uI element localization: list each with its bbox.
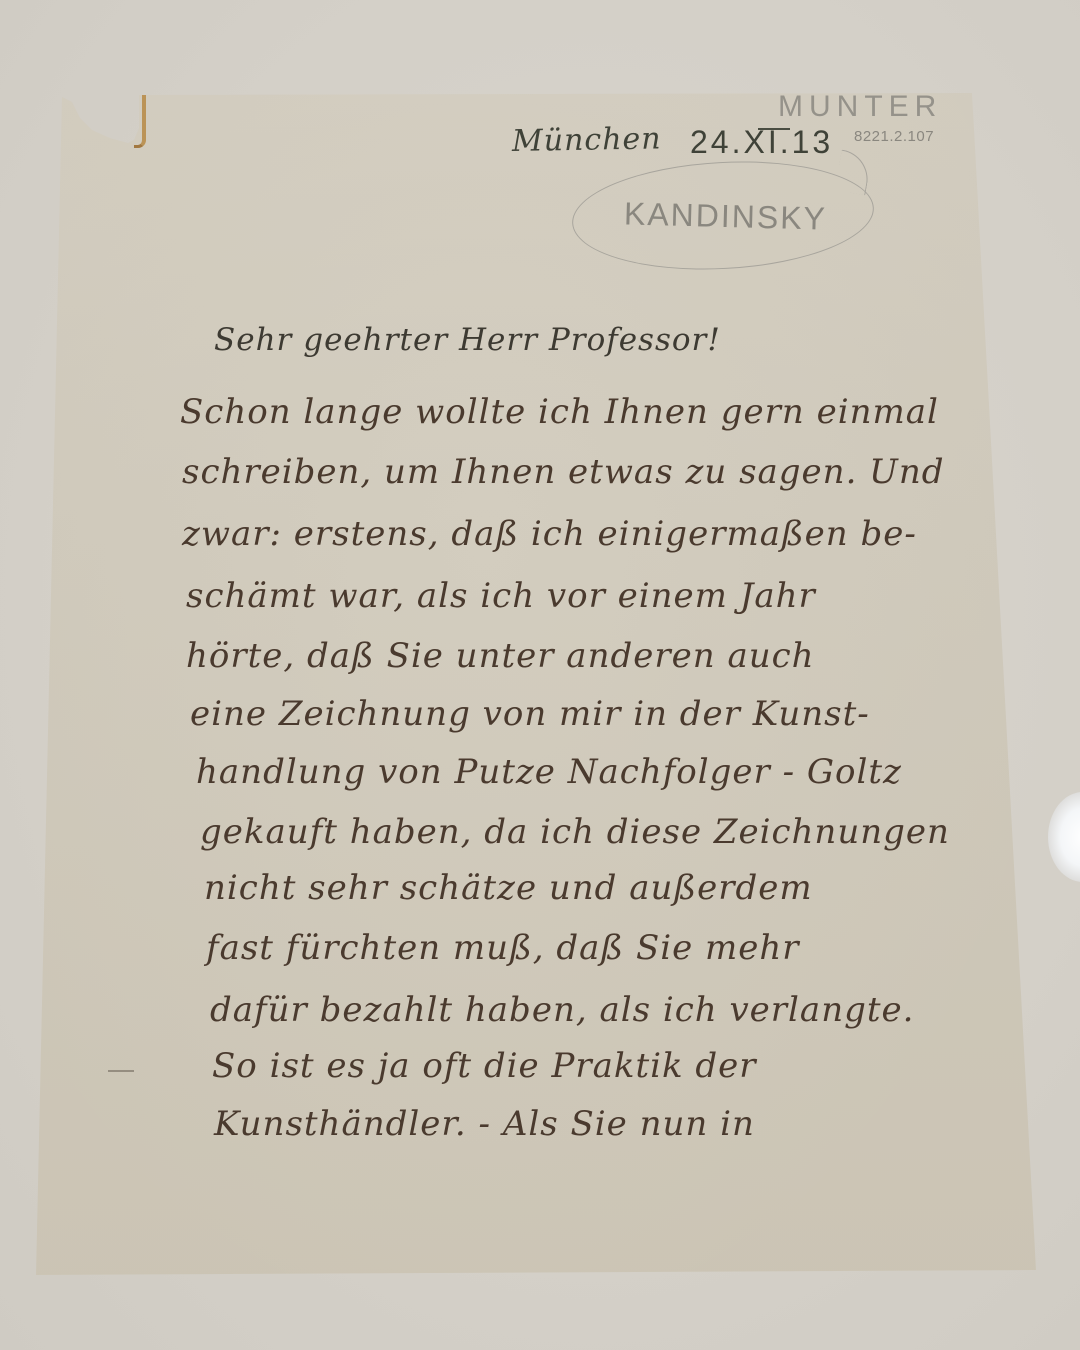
date-overline	[758, 128, 790, 130]
letter-line: gekauft haben, da ich diese Zeichnungen	[200, 812, 950, 852]
letter-place: München	[512, 121, 662, 159]
letter-line: schämt war, als ich vor einem Jahr	[186, 576, 816, 616]
letter-line: nicht sehr schätze und außerdem	[204, 868, 813, 908]
archive-artist-annotation: MUNTER	[778, 90, 942, 124]
letter-salutation: Sehr geehrter Herr Professor!	[214, 322, 721, 358]
letter-line: zwar: erstens, daß ich einigermaßen be-	[182, 514, 917, 554]
margin-pencil-mark	[108, 1070, 134, 1072]
letter-line: schreiben, um Ihnen etwas zu sagen. Und	[182, 452, 945, 492]
circled-name-annotation: KANDINSKY	[624, 195, 828, 237]
letter-line: hörte, daß Sie unter anderen auch	[186, 636, 815, 676]
letter-line: fast fürchten muß, daß Sie mehr	[206, 928, 800, 968]
letter-line: handlung von Putze Nachfolger - Goltz	[196, 752, 902, 792]
letter-date: 24.XI.13	[690, 124, 833, 161]
letter-line: So ist es ja oft die Praktik der	[212, 1046, 757, 1086]
archive-catalog-number: 8221.2.107	[854, 128, 934, 145]
letter-line: eine Zeichnung von mir in der Kunst-	[190, 694, 870, 734]
light-reflection	[1048, 792, 1080, 882]
letter-line: Schon lange wollte ich Ihnen gern einmal	[180, 392, 939, 432]
torn-corner-stain	[134, 95, 146, 148]
letter-line: Kunsthändler. - Als Sie nun in	[214, 1104, 755, 1144]
letter-line: dafür bezahlt haben, als ich verlangte.	[210, 990, 914, 1030]
